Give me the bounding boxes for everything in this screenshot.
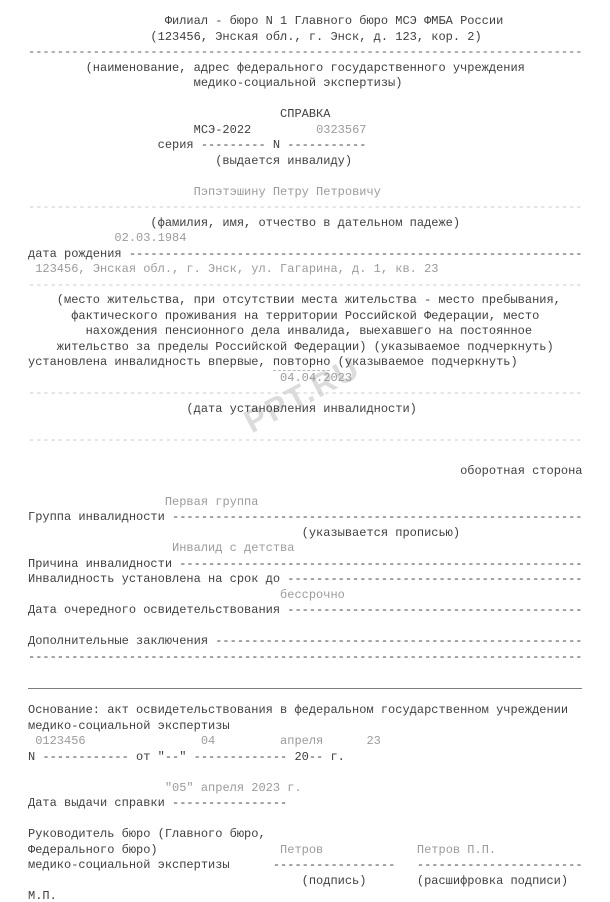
doc-title: СПРАВКА: [28, 107, 610, 123]
signature-captions: (подпись) (расшифровка подписи): [28, 874, 610, 890]
act-values: 0123456 04 апреля 23: [28, 734, 610, 750]
birth-date-value: 02.03.1984: [28, 231, 610, 247]
act-number-line: N ------------ от "--" ------------- 20-…: [28, 750, 610, 766]
separator-dashed: ----------------------------------------…: [28, 386, 610, 402]
stamp-place: М.П.: [28, 889, 610, 902]
next-examination-line: Дата очередного освидетельствования ----…: [28, 603, 610, 619]
document: Филиал - бюро N 1 Главного бюро МСЭ ФМБА…: [0, 0, 610, 902]
blank-line: [28, 812, 610, 828]
name-caption: (фамилия, имя, отчество в дательном паде…: [28, 216, 610, 232]
address-value: 123456, Энская обл., г. Энск, ул. Гагари…: [28, 262, 610, 278]
reverse-side-label: оборотная сторона: [28, 464, 610, 480]
issue-date-line: Дата выдачи справки ----------------: [28, 796, 610, 812]
blank-line: [28, 92, 610, 108]
org-caption-1: (наименование, адрес федерального госуда…: [28, 61, 610, 77]
additional-conclusions-line: Дополнительные заключения --------------…: [28, 634, 610, 650]
blank-line: [28, 169, 610, 185]
blank-line: [28, 765, 610, 781]
signature-values: Федерального бюро) Петров Петров П.П.: [28, 843, 610, 859]
separator-dashed: ----------------------------------------…: [28, 45, 610, 61]
disability-cause-line: Причина инвалидности -------------------…: [28, 557, 610, 573]
disability-first-repeat-line: установлена инвалидность впервые, повтор…: [28, 355, 610, 371]
disability-term-value: бессрочно: [28, 588, 610, 604]
residence-caption-4: жительство за пределы Российской Федерац…: [28, 340, 610, 356]
document-body: Филиал - бюро N 1 Главного бюро МСЭ ФМБА…: [28, 14, 610, 902]
signature-lines: медико-социальной экспертизы -----------…: [28, 858, 610, 874]
disability-date-value: 04.04.2023: [28, 371, 610, 387]
residence-caption-3: нахождения пенсионного дела инвалида, вы…: [28, 324, 610, 340]
issue-date-value: "05" апреля 2023 г.: [28, 781, 610, 797]
signer-title-1: Руководитель бюро (Главного бюро,: [28, 827, 610, 843]
basis-line-2: медико-социальной экспертизы: [28, 719, 610, 735]
issued-caption: (выдается инвалиду): [28, 154, 610, 170]
basis-line-1: Основание: акт освидетельствования в фед…: [28, 703, 610, 719]
separator-dashed: ----------------------------------------…: [28, 200, 610, 216]
separator-dashed: ----------------------------------------…: [28, 433, 610, 449]
series-line: серия --------- N -----------: [28, 138, 610, 154]
blank-line: [28, 665, 610, 681]
blank-line: [28, 448, 610, 464]
blank-line: [28, 417, 610, 433]
recipient-name: Пэпэтэшину Петру Петровичу: [28, 185, 610, 201]
blank-line: [28, 479, 610, 495]
disability-cause-value: Инвалид с детства: [28, 541, 610, 557]
residence-caption-2: фактического проживания на территории Ро…: [28, 309, 610, 325]
residence-caption-1: (место жительства, при отсутствии места …: [28, 293, 610, 309]
group-caption: (указывается прописью): [28, 526, 610, 542]
blank-line: [28, 619, 610, 635]
disability-term-line: Инвалидность установлена на срок до ----…: [28, 572, 610, 588]
disability-group-value: Первая группа: [28, 495, 610, 511]
separator-dashed: ----------------------------------------…: [28, 650, 610, 666]
org-address: (123456, Энская обл., г. Энск, д. 123, к…: [28, 30, 610, 46]
horizontal-rule: [28, 688, 582, 704]
disability-group-line: Группа инвалидности --------------------…: [28, 510, 610, 526]
birth-date-line: дата рождения --------------------------…: [28, 247, 610, 263]
org-caption-2: медико-социальной экспертизы): [28, 76, 610, 92]
disability-date-caption: (дата установления инвалидности): [28, 402, 610, 418]
org-name: Филиал - бюро N 1 Главного бюро МСЭ ФМБА…: [28, 14, 610, 30]
separator-dashed: ----------------------------------------…: [28, 278, 610, 294]
form-number-line: МСЭ-2022 0323567: [28, 123, 610, 139]
